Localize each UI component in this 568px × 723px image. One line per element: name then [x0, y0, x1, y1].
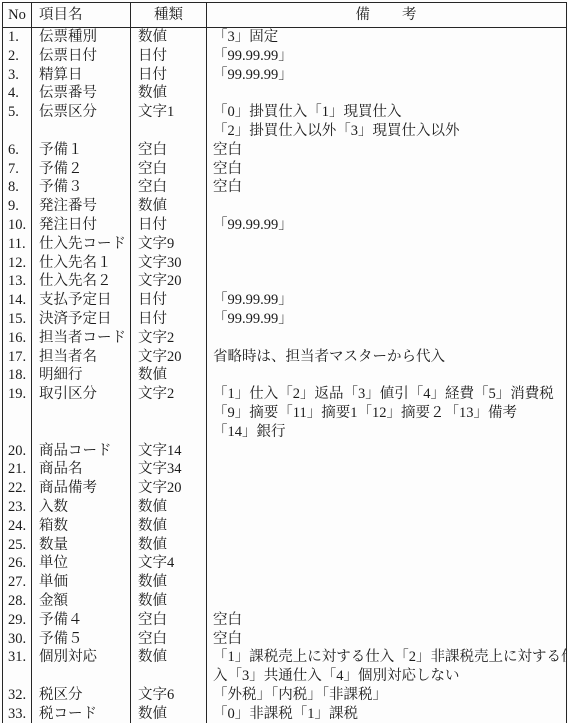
cell-no: 13. — [3, 272, 32, 291]
cell-type: 文字34 — [131, 460, 207, 479]
cell-no: 11. — [3, 235, 32, 254]
cell-item: 予備４ — [32, 611, 131, 630]
cell-no: 10. — [3, 216, 32, 235]
cell-type: 数値 — [131, 197, 207, 216]
cell-no: 28. — [3, 592, 32, 611]
cell-type: 文字30 — [131, 254, 207, 273]
spec-table: No 項目名 種類 備 考 1.伝票種別数値「3」固定2.伝票日付日付「99.9… — [2, 2, 567, 723]
cell-item: 単位 — [32, 554, 131, 573]
table-row: 18.明細行数値 — [3, 366, 567, 385]
cell-remark: 空白 — [207, 141, 567, 160]
table-row: 31.個別対応数値「1」課税売上に対する仕入「2」非課税売上に対する仕 入「3」… — [3, 648, 567, 686]
header-row: No 項目名 種類 備 考 — [3, 3, 567, 28]
cell-type: 文字14 — [131, 442, 207, 461]
cell-remark — [207, 479, 567, 498]
cell-item: 金額 — [32, 592, 131, 611]
cell-no: 23. — [3, 498, 32, 517]
cell-item: 発注番号 — [32, 197, 131, 216]
cell-no: 6. — [3, 141, 32, 160]
cell-no: 17. — [3, 348, 32, 367]
table-row: 28.金額数値 — [3, 592, 567, 611]
table-row: 26.単位文字4 — [3, 554, 567, 573]
table-row: 25.数量数値 — [3, 536, 567, 555]
cell-type: 数値 — [131, 366, 207, 385]
cell-type: 数値 — [131, 84, 207, 103]
cell-no: 22. — [3, 479, 32, 498]
cell-type: 数値 — [131, 648, 207, 686]
cell-item: 商品名 — [32, 460, 131, 479]
table-row: 1.伝票種別数値「3」固定 — [3, 28, 567, 47]
cell-item: 発注日付 — [32, 216, 131, 235]
cell-item: 仕入先名２ — [32, 272, 131, 291]
cell-type: 数値 — [131, 28, 207, 47]
cell-item: 仕入先名１ — [32, 254, 131, 273]
table-row: 14.支払予定日日付「99.99.99」 — [3, 291, 567, 310]
table-row: 12.仕入先名１文字30 — [3, 254, 567, 273]
table-row: 33.税コード数値「0」非課税「1」課税 — [3, 705, 567, 723]
cell-no: 5. — [3, 103, 32, 141]
table-row: 27.単価数値 — [3, 573, 567, 592]
cell-item: 仕入先コード — [32, 235, 131, 254]
cell-remark — [207, 536, 567, 555]
cell-item: 伝票種別 — [32, 28, 131, 47]
cell-type: 日付 — [131, 216, 207, 235]
table-row: 30.予備５空白空白 — [3, 630, 567, 649]
cell-remark: 空白 — [207, 611, 567, 630]
cell-item: 入数 — [32, 498, 131, 517]
table-row: 20.商品コード文字14 — [3, 442, 567, 461]
cell-remark — [207, 442, 567, 461]
cell-type: 数値 — [131, 573, 207, 592]
cell-type: 空白 — [131, 160, 207, 179]
cell-remark: 省略時は、担当者マスターから代入 — [207, 348, 567, 367]
cell-remark — [207, 460, 567, 479]
cell-remark: 「3」固定 — [207, 28, 567, 47]
cell-type: 文字20 — [131, 272, 207, 291]
cell-remark: 「1」課税売上に対する仕入「2」非課税売上に対する仕 入「3」共通仕入「4」個別… — [207, 648, 567, 686]
cell-remark: 「99.99.99」 — [207, 47, 567, 66]
table-row: 6.予備１空白空白 — [3, 141, 567, 160]
cell-no: 26. — [3, 554, 32, 573]
cell-remark — [207, 573, 567, 592]
document-page: No 項目名 種類 備 考 1.伝票種別数値「3」固定2.伝票日付日付「99.9… — [0, 0, 568, 723]
cell-type: 空白 — [131, 630, 207, 649]
table-row: 19.取引区分文字2「1」仕入「2」返品「3」値引「4」経費「5」消費税 「9」… — [3, 385, 567, 441]
cell-remark: 空白 — [207, 630, 567, 649]
cell-type: 文字4 — [131, 554, 207, 573]
cell-no: 15. — [3, 310, 32, 329]
cell-item: 伝票日付 — [32, 47, 131, 66]
cell-no: 32. — [3, 686, 32, 705]
table-row: 29.予備４空白空白 — [3, 611, 567, 630]
cell-no: 29. — [3, 611, 32, 630]
cell-item: 決済予定日 — [32, 310, 131, 329]
cell-no: 33. — [3, 705, 32, 723]
col-header-no: No — [3, 3, 32, 28]
cell-remark — [207, 84, 567, 103]
table-row: 16.担当者コード文字2 — [3, 329, 567, 348]
cell-remark — [207, 592, 567, 611]
cell-item: 担当者名 — [32, 348, 131, 367]
table-row: 22.商品備考文字20 — [3, 479, 567, 498]
cell-no: 18. — [3, 366, 32, 385]
cell-remark: 「99.99.99」 — [207, 291, 567, 310]
cell-remark: 「99.99.99」 — [207, 216, 567, 235]
cell-remark: 「1」仕入「2」返品「3」値引「4」経費「5」消費税 「9」摘要「11」摘要1「… — [207, 385, 567, 441]
col-header-remark: 備 考 — [207, 3, 567, 28]
cell-item: 担当者コード — [32, 329, 131, 348]
cell-no: 16. — [3, 329, 32, 348]
cell-item: 予備２ — [32, 160, 131, 179]
cell-no: 24. — [3, 517, 32, 536]
cell-type: 日付 — [131, 66, 207, 85]
cell-item: 予備１ — [32, 141, 131, 160]
cell-item: 予備５ — [32, 630, 131, 649]
table-row: 10.発注日付日付「99.99.99」 — [3, 216, 567, 235]
cell-remark — [207, 498, 567, 517]
table-row: 8.予備３空白空白 — [3, 178, 567, 197]
table-row: 2.伝票日付日付「99.99.99」 — [3, 47, 567, 66]
cell-item: 商品備考 — [32, 479, 131, 498]
cell-no: 3. — [3, 66, 32, 85]
cell-remark: 空白 — [207, 178, 567, 197]
cell-remark: 「0」掛買仕入「1」現買仕入 「2」掛買仕入以外「3」現買仕入以外 — [207, 103, 567, 141]
cell-no: 2. — [3, 47, 32, 66]
cell-type: 日付 — [131, 310, 207, 329]
cell-remark: 「外税」「内税」「非課税」 — [207, 686, 567, 705]
cell-item: 税コード — [32, 705, 131, 723]
cell-no: 21. — [3, 460, 32, 479]
cell-no: 7. — [3, 160, 32, 179]
cell-item: 商品コード — [32, 442, 131, 461]
col-header-item: 項目名 — [32, 3, 131, 28]
cell-type: 日付 — [131, 291, 207, 310]
cell-item: 個別対応 — [32, 648, 131, 686]
cell-no: 31. — [3, 648, 32, 686]
table-row: 15.決済予定日日付「99.99.99」 — [3, 310, 567, 329]
cell-remark — [207, 254, 567, 273]
cell-no: 14. — [3, 291, 32, 310]
cell-remark — [207, 197, 567, 216]
table-row: 5.伝票区分文字1「0」掛買仕入「1」現買仕入 「2」掛買仕入以外「3」現買仕入… — [3, 103, 567, 141]
cell-remark: 「0」非課税「1」課税 — [207, 705, 567, 723]
table-row: 11.仕入先コード文字9 — [3, 235, 567, 254]
cell-type: 文字20 — [131, 348, 207, 367]
cell-no: 12. — [3, 254, 32, 273]
cell-item: 伝票番号 — [32, 84, 131, 103]
cell-no: 4. — [3, 84, 32, 103]
cell-type: 数値 — [131, 536, 207, 555]
table-row: 32.税区分文字6「外税」「内税」「非課税」 — [3, 686, 567, 705]
table-row: 9.発注番号数値 — [3, 197, 567, 216]
cell-no: 30. — [3, 630, 32, 649]
cell-type: 日付 — [131, 47, 207, 66]
cell-type: 数値 — [131, 498, 207, 517]
cell-remark: 「99.99.99」 — [207, 66, 567, 85]
cell-no: 9. — [3, 197, 32, 216]
cell-item: 予備３ — [32, 178, 131, 197]
cell-type: 数値 — [131, 592, 207, 611]
table-row: 24.箱数数値 — [3, 517, 567, 536]
table-body: 1.伝票種別数値「3」固定2.伝票日付日付「99.99.99」3.精算日日付「9… — [3, 28, 567, 723]
cell-item: 明細行 — [32, 366, 131, 385]
cell-no: 25. — [3, 536, 32, 555]
cell-item: 取引区分 — [32, 385, 131, 441]
cell-remark — [207, 554, 567, 573]
cell-remark — [207, 272, 567, 291]
table-row: 23.入数数値 — [3, 498, 567, 517]
cell-remark — [207, 366, 567, 385]
cell-type: 文字2 — [131, 329, 207, 348]
cell-type: 文字20 — [131, 479, 207, 498]
table-row: 21.商品名文字34 — [3, 460, 567, 479]
cell-item: 税区分 — [32, 686, 131, 705]
table-row: 17.担当者名文字20省略時は、担当者マスターから代入 — [3, 348, 567, 367]
cell-type: 空白 — [131, 611, 207, 630]
cell-type: 数値 — [131, 705, 207, 723]
cell-no: 8. — [3, 178, 32, 197]
cell-type: 空白 — [131, 178, 207, 197]
cell-no: 20. — [3, 442, 32, 461]
cell-item: 単価 — [32, 573, 131, 592]
cell-item: 精算日 — [32, 66, 131, 85]
cell-no: 19. — [3, 385, 32, 441]
cell-type: 文字9 — [131, 235, 207, 254]
cell-type: 文字2 — [131, 385, 207, 441]
cell-remark: 「99.99.99」 — [207, 310, 567, 329]
cell-type: 空白 — [131, 141, 207, 160]
cell-item: 数量 — [32, 536, 131, 555]
cell-item: 箱数 — [32, 517, 131, 536]
table-row: 4.伝票番号数値 — [3, 84, 567, 103]
cell-remark — [207, 517, 567, 536]
cell-remark — [207, 235, 567, 254]
table-header: No 項目名 種類 備 考 — [3, 3, 567, 28]
table-row: 7.予備２空白空白 — [3, 160, 567, 179]
cell-no: 27. — [3, 573, 32, 592]
cell-no: 1. — [3, 28, 32, 47]
cell-type: 数値 — [131, 517, 207, 536]
table-row: 13.仕入先名２文字20 — [3, 272, 567, 291]
table-row: 3.精算日日付「99.99.99」 — [3, 66, 567, 85]
cell-item: 伝票区分 — [32, 103, 131, 141]
cell-type: 文字1 — [131, 103, 207, 141]
cell-type: 文字6 — [131, 686, 207, 705]
cell-remark: 空白 — [207, 160, 567, 179]
cell-remark — [207, 329, 567, 348]
col-header-type: 種類 — [131, 3, 207, 28]
cell-item: 支払予定日 — [32, 291, 131, 310]
